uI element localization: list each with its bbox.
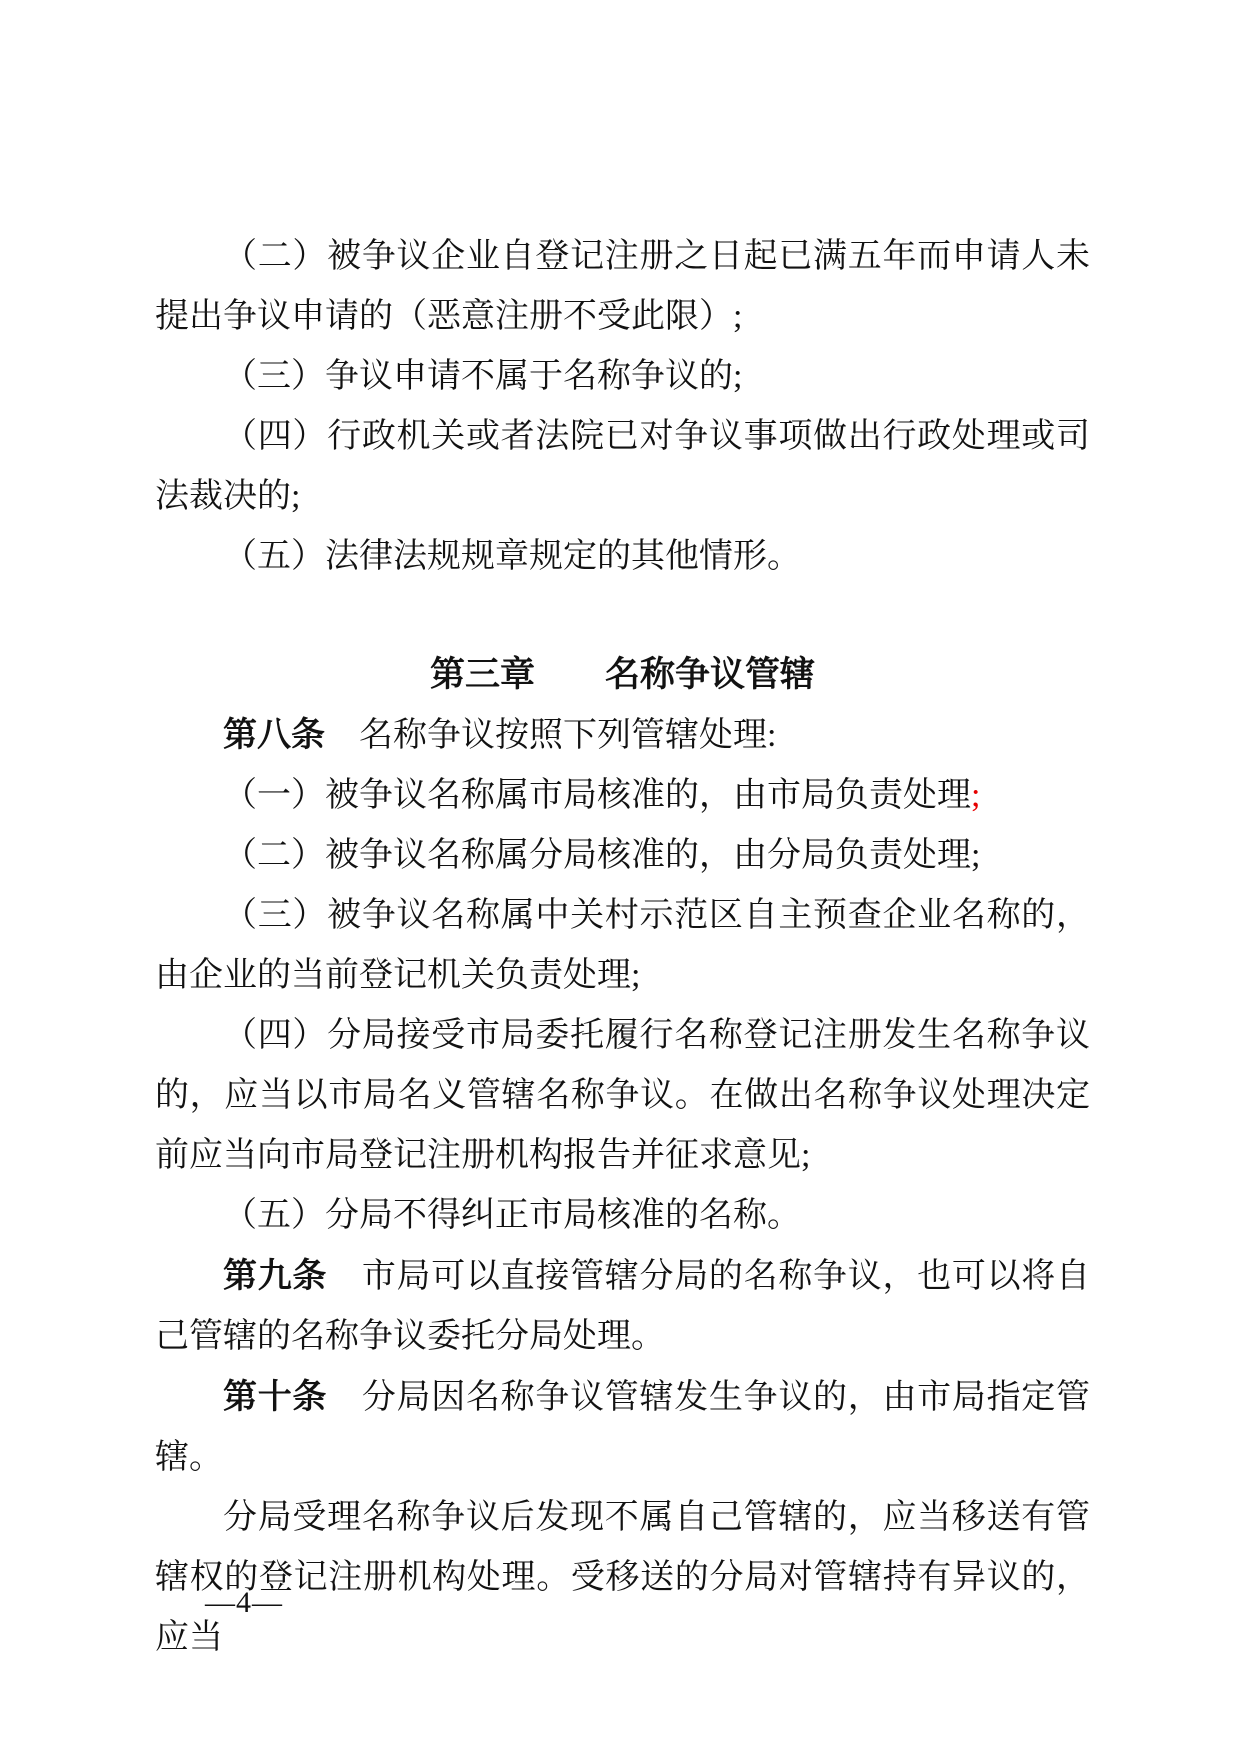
paragraph: （五）分局不得纠正市局核准的名称。	[155, 1186, 1090, 1246]
text-segment: （四）分局接受市局委托履行名称登记注册发生名称争议的，应当以市局名义管辖名称争议…	[155, 1017, 1090, 1174]
text-segment: （二）被争议名称属分局核准的，由分局负责处理;	[223, 837, 980, 874]
chapter-heading: 第三章 名称争议管辖	[155, 645, 1090, 705]
text-segment: （二）被争议企业自登记注册之日起已满五年而申请人未提出争议申请的（恶意注册不受此…	[155, 238, 1090, 335]
paragraph: （二）被争议企业自登记注册之日起已满五年而申请人未提出争议申请的（恶意注册不受此…	[155, 227, 1090, 347]
red-semicolon: ;	[971, 777, 980, 814]
page-number: —4—	[205, 1585, 283, 1621]
paragraph: （二）被争议名称属分局核准的，由分局负责处理;	[155, 826, 1090, 886]
text-segment: （三）争议申请不属于名称争议的;	[223, 358, 742, 395]
article-number: 第十条	[223, 1378, 327, 1416]
text-segment: 分局受理名称争议后发现不属自己管辖的，应当移送有管辖权的登记注册机构处理。受移送…	[155, 1499, 1090, 1656]
text-segment: 第三章 名称争议管辖	[430, 655, 815, 694]
paragraph: （五）法律法规规章规定的其他情形。	[155, 527, 1090, 587]
paragraph: 分局受理名称争议后发现不属自己管辖的，应当移送有管辖权的登记注册机构处理。受移送…	[155, 1488, 1090, 1668]
text-segment: （四）行政机关或者法院已对争议事项做出行政处理或司法裁决的;	[155, 418, 1090, 515]
paragraph: （四）行政机关或者法院已对争议事项做出行政处理或司法裁决的;	[155, 407, 1090, 527]
paragraph: 第十条 分局因名称争议管辖发生争议的，由市局指定管辖。	[155, 1367, 1090, 1488]
paragraph: 第八条 名称争议按照下列管辖处理:	[155, 705, 1090, 766]
document-page: （二）被争议企业自登记注册之日起已满五年而申请人未提出争议申请的（恶意注册不受此…	[0, 0, 1241, 1754]
text-segment: （五）分局不得纠正市局核准的名称。	[223, 1197, 801, 1234]
paragraph: （三）争议申请不属于名称争议的;	[155, 347, 1090, 407]
document-body: （二）被争议企业自登记注册之日起已满五年而申请人未提出争议申请的（恶意注册不受此…	[155, 227, 1090, 1668]
article-number: 第九条	[223, 1257, 327, 1295]
text-segment: （三）被争议名称属中关村示范区自主预查企业名称的，由企业的当前登记机关负责处理;	[155, 897, 1090, 994]
text-segment: 名称争议按照下列管辖处理:	[325, 717, 776, 754]
text-segment: （五）法律法规规章规定的其他情形。	[223, 538, 801, 575]
text-segment: （一）被争议名称属市局核准的，由市局负责处理	[223, 777, 971, 814]
paragraph: （四）分局接受市局委托履行名称登记注册发生名称争议的，应当以市局名义管辖名称争议…	[155, 1006, 1090, 1186]
article-number: 第八条	[223, 716, 325, 754]
paragraph: （一）被争议名称属市局核准的，由市局负责处理;	[155, 766, 1090, 826]
paragraph: （三）被争议名称属中关村示范区自主预查企业名称的，由企业的当前登记机关负责处理;	[155, 886, 1090, 1006]
paragraph: 第九条 市局可以直接管辖分局的名称争议，也可以将自己管辖的名称争议委托分局处理。	[155, 1246, 1090, 1367]
